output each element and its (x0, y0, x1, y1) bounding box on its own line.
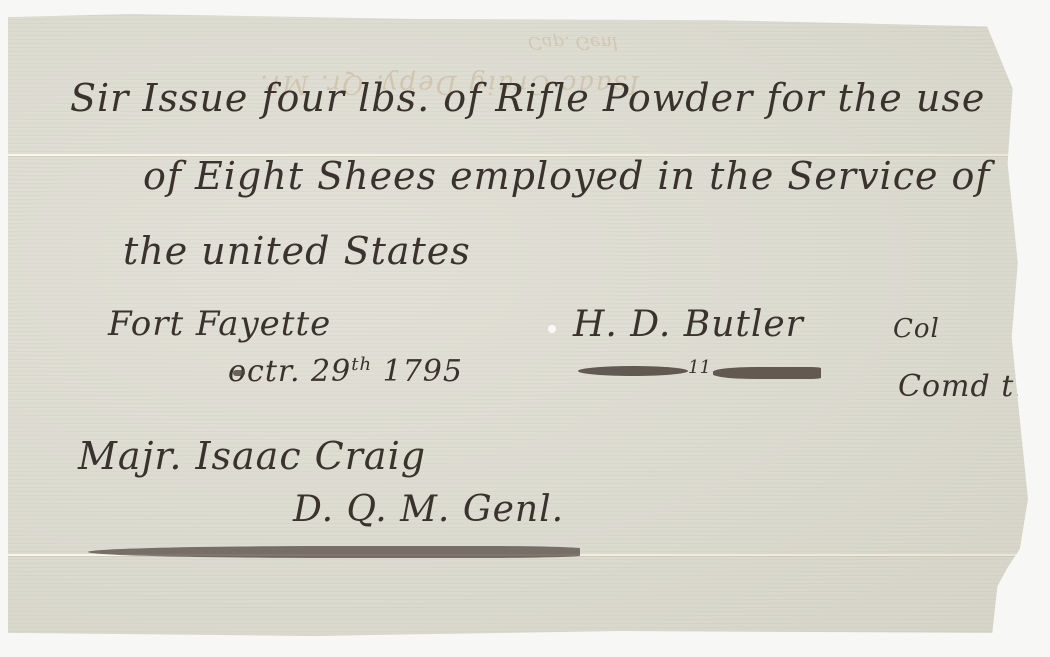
flourish-mark: 11 (688, 357, 711, 378)
body-line-2: of Eight Shees employed in the Service o… (143, 154, 990, 198)
addressee-title: D. Q. M. Genl. (293, 489, 564, 530)
document-paper: Isaac Craig Depy. Qr. Mr. Cap. Genl Sir … (8, 14, 1028, 636)
signature-flourish-right (713, 367, 821, 379)
ink-smudge (233, 370, 245, 376)
addressee-name: Majr. Isaac Craig (78, 434, 426, 478)
place-of-issue: Fort Fayette (108, 304, 331, 344)
bleed-through-text-top: Cap. Genl (528, 32, 618, 53)
signature-rank-line1: Col (893, 314, 940, 344)
paper-hole (548, 325, 556, 333)
addressee-underline-flourish (88, 546, 580, 558)
date-day: 29 (311, 354, 351, 389)
date-suffix: th (351, 354, 372, 375)
signature-flourish-left (578, 366, 688, 376)
signature-butler: H. D. Butler (573, 304, 804, 345)
date-year: 1795 (383, 354, 463, 389)
body-line-3: the united States (123, 229, 471, 273)
issue-date: octr. 29th 1795 (228, 354, 463, 389)
signature-rank-line2: Comd t. (898, 369, 1025, 404)
body-line-1: Sir Issue four lbs. of Rifle Powder for … (70, 76, 985, 120)
